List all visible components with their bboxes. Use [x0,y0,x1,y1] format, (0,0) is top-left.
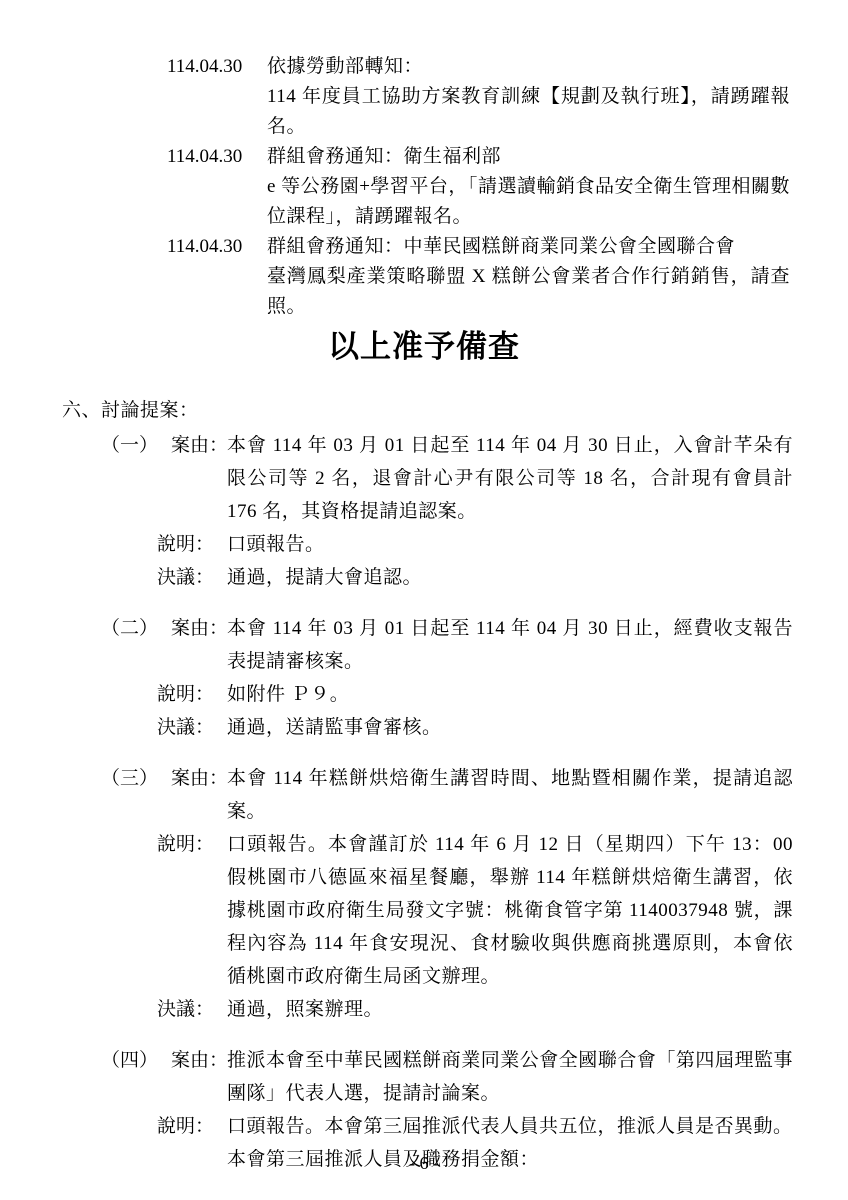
case-item: （一） 案由： 本會 114 年 03 月 01 日起至 114 年 04 月 … [0,429,793,594]
case-resolution-row: 決議： 通過，提請大會追認。 [0,561,793,594]
report-item: 114.04.30 群組會務通知：中華民國糕餅商業同業公會全國聯合會 臺灣鳳梨產… [0,232,790,322]
page-number: - 6 - [0,1150,848,1176]
resolution-text: 通過，提請大會追認。 [227,561,793,594]
case-explanation-row: 說明： 口頭報告。本會謹訂於 114 年 6 月 12 日（星期四）下午 13：… [0,828,793,993]
case-proposal-text: 本會 114 年 03 月 01 日起至 114 年 04 月 30 日止，入會… [227,429,793,528]
section-title: 六、討論提案： [62,396,199,426]
report-text: 依據勞動部轉知： 114 年度員工協助方案教育訓練【規劃及執行班】，請踴躍報名。 [267,52,790,142]
report-date: 114.04.30 [167,232,242,262]
case-label: 案由： [171,1044,228,1077]
approval-heading: 以上准予備查 [0,324,848,370]
report-line: 群組會務通知：中華民國糕餅商業同業公會全國聯合會 [267,232,790,262]
case-resolution-row: 決議： 通過，照案辦理。 [0,993,793,1026]
case-label: 案由： [171,429,228,462]
case-item: （二） 案由： 本會 114 年 03 月 01 日起至 114 年 04 月 … [0,612,793,744]
resolution-text: 通過，照案辦理。 [227,993,793,1026]
resolution-label: 決議： [157,711,214,744]
report-line: 臺灣鳳梨產業策略聯盟 X 糕餅公會業者合作行銷銷售，請查照。 [267,262,790,322]
report-date: 114.04.30 [167,142,242,172]
case-proposal-row: （二） 案由： 本會 114 年 03 月 01 日起至 114 年 04 月 … [0,612,793,678]
case-explanation-row: 說明： 口頭報告。 [0,528,793,561]
case-item: （三） 案由： 本會 114 年糕餅烘焙衛生講習時間、地點暨相關作業，提請追認案… [0,762,793,1026]
case-label: 案由： [171,612,228,645]
case-marker: （三） [101,762,158,795]
case-proposal-text: 本會 114 年 03 月 01 日起至 114 年 04 月 30 日止，經費… [227,612,793,678]
case-list: （一） 案由： 本會 114 年 03 月 01 日起至 114 年 04 月 … [0,429,793,1194]
explanation-text: 口頭報告。本會第三屆推派代表人員共五位，推派人員是否異動。 [227,1110,793,1143]
report-line: 114 年度員工協助方案教育訓練【規劃及執行班】，請踴躍報名。 [267,82,790,142]
explanation-text: 如附件 Ｐ９。 [227,678,793,711]
document-page: 114.04.30 依據勞動部轉知： 114 年度員工協助方案教育訓練【規劃及執… [0,0,848,1200]
case-explanation-row: 說明： 如附件 Ｐ９。 [0,678,793,711]
resolution-text: 通過，送請監事會審核。 [227,711,793,744]
report-item: 114.04.30 群組會務通知：衛生福利部 e 等公務園+學習平台，「請選讀輸… [0,142,790,232]
explanation-label: 說明： [157,678,214,711]
case-label: 案由： [171,762,228,795]
case-marker: （二） [101,612,158,645]
report-list: 114.04.30 依據勞動部轉知： 114 年度員工協助方案教育訓練【規劃及執… [0,52,790,322]
resolution-label: 決議： [157,561,214,594]
case-marker: （四） [101,1044,158,1077]
case-proposal-row: （一） 案由： 本會 114 年 03 月 01 日起至 114 年 04 月 … [0,429,793,528]
case-proposal-text: 推派本會至中華民國糕餅商業同業公會全國聯合會「第四屆理監事團隊」代表人選，提請討… [227,1044,793,1110]
resolution-label: 決議： [157,993,214,1026]
case-proposal-text: 本會 114 年糕餅烘焙衛生講習時間、地點暨相關作業，提請追認案。 [227,762,793,828]
explanation-text: 口頭報告。本會謹訂於 114 年 6 月 12 日（星期四）下午 13：00 假… [227,828,793,993]
case-proposal-row: （三） 案由： 本會 114 年糕餅烘焙衛生講習時間、地點暨相關作業，提請追認案… [0,762,793,828]
report-date: 114.04.30 [167,52,242,82]
case-resolution-row: 決議： 通過，送請監事會審核。 [0,711,793,744]
explanation-label: 說明： [157,1110,214,1143]
report-text: 群組會務通知：衛生福利部 e 等公務園+學習平台，「請選讀輸銷食品安全衛生管理相… [267,142,790,232]
case-proposal-row: （四） 案由： 推派本會至中華民國糕餅商業同業公會全國聯合會「第四屆理監事團隊」… [0,1044,793,1110]
report-text: 群組會務通知：中華民國糕餅商業同業公會全國聯合會 臺灣鳳梨產業策略聯盟 X 糕餅… [267,232,790,322]
report-line: e 等公務園+學習平台，「請選讀輸銷食品安全衛生管理相關數位課程」，請踴躍報名。 [267,172,790,232]
explanation-label: 說明： [157,528,214,561]
explanation-text: 口頭報告。 [227,528,793,561]
report-item: 114.04.30 依據勞動部轉知： 114 年度員工協助方案教育訓練【規劃及執… [0,52,790,142]
explanation-label: 說明： [157,828,214,861]
report-line: 依據勞動部轉知： [267,52,790,82]
case-marker: （一） [101,429,158,462]
case-explanation-row: 說明： 口頭報告。本會第三屆推派代表人員共五位，推派人員是否異動。 [0,1110,793,1143]
report-line: 群組會務通知：衛生福利部 [267,142,790,172]
